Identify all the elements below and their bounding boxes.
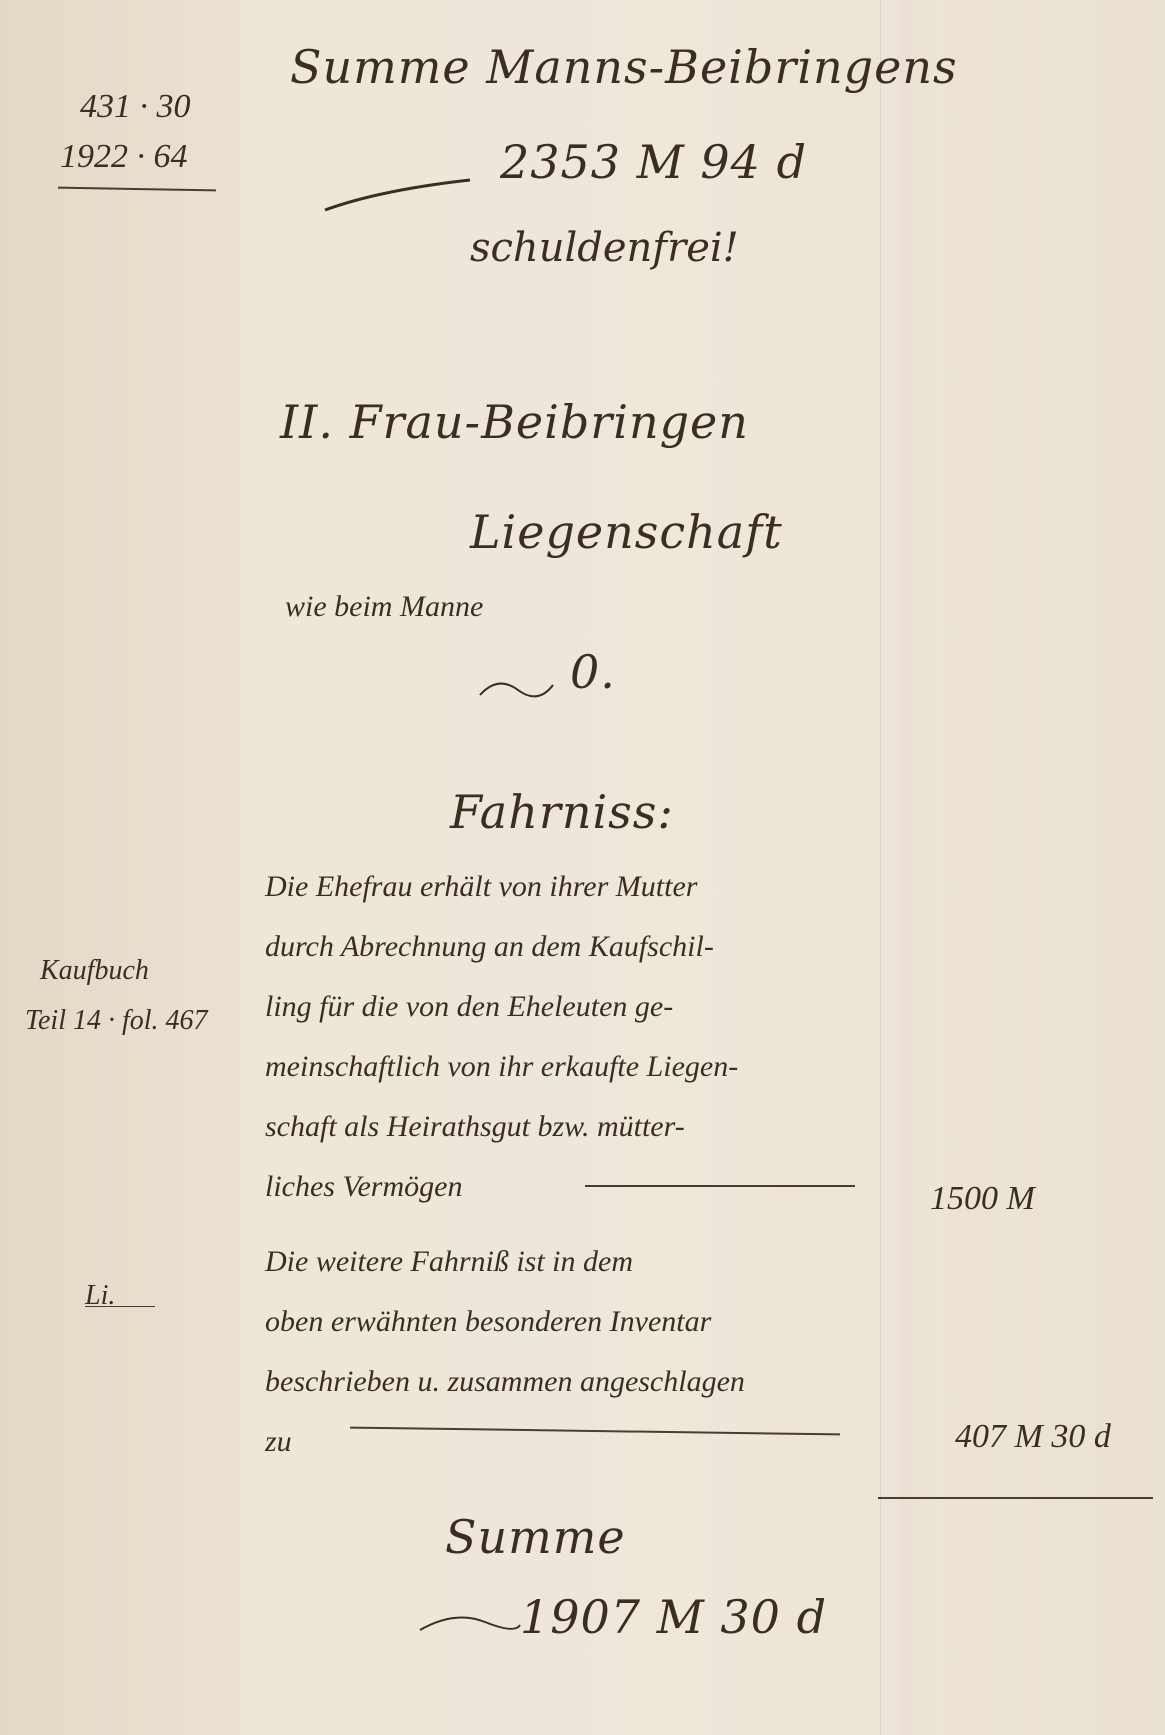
paragraph-two-amount: 407 M 30 d xyxy=(955,1418,1111,1456)
paragraph-two-line: Die weitere Fahrniß ist in dem xyxy=(265,1245,633,1279)
paragraph-one-amount: 1500 M xyxy=(930,1180,1035,1218)
section-one-title: Summe Manns-Beibringens xyxy=(290,40,958,94)
amount-column xyxy=(880,0,1165,1735)
property-heading: Liegenschaft xyxy=(470,505,783,559)
leader-line xyxy=(585,1185,855,1187)
total-amount: 1907 M 30 d xyxy=(520,1590,827,1644)
paragraph-one-line: Die Ehefrau erhält von ihrer Mutter xyxy=(265,870,697,904)
property-value: 0. xyxy=(570,645,616,699)
flourish-icon xyxy=(415,1600,525,1640)
margin-figure-2: 1922 · 64 xyxy=(60,138,188,176)
margin-reference-2: Teil 14 · fol. 467 xyxy=(25,1005,208,1037)
chattels-heading: Fahrniss: xyxy=(450,785,674,839)
property-note: wie beim Manne xyxy=(285,590,483,624)
margin-figure-1: 431 · 30 xyxy=(80,88,191,126)
paragraph-two-line: oben erwähnten besonderen Inventar xyxy=(265,1305,711,1339)
paragraph-one-line: liches Vermögen xyxy=(265,1170,462,1204)
margin-underline xyxy=(58,187,216,192)
margin-mark: Li. xyxy=(85,1280,115,1312)
ledger-page: 431 · 30 1922 · 64 Summe Manns-Beibringe… xyxy=(0,0,1165,1735)
paragraph-one-line: ling für die von den Eheleuten ge- xyxy=(265,990,673,1024)
flourish-icon xyxy=(478,665,558,705)
paragraph-one-line: meinschaftlich von ihr erkaufte Liegen- xyxy=(265,1050,738,1084)
margin-mark-underline xyxy=(85,1306,155,1307)
section-two-title: II. Frau-Beibringen xyxy=(280,395,749,449)
paragraph-one-line: schaft als Heirathsgut bzw. mütter- xyxy=(265,1110,685,1144)
paragraph-two-line: zu xyxy=(265,1425,292,1459)
margin-reference-1: Kaufbuch xyxy=(40,955,149,987)
total-rule xyxy=(878,1497,1153,1499)
paragraph-two-line: beschrieben u. zusammen angeschlagen xyxy=(265,1365,745,1399)
flourish-icon xyxy=(320,170,480,220)
section-one-amount: 2353 M 94 d xyxy=(500,135,807,189)
paragraph-one-line: durch Abrechnung an dem Kaufschil- xyxy=(265,930,714,964)
total-label: Summe xyxy=(445,1510,626,1564)
section-one-note: schuldenfrei! xyxy=(470,225,739,271)
